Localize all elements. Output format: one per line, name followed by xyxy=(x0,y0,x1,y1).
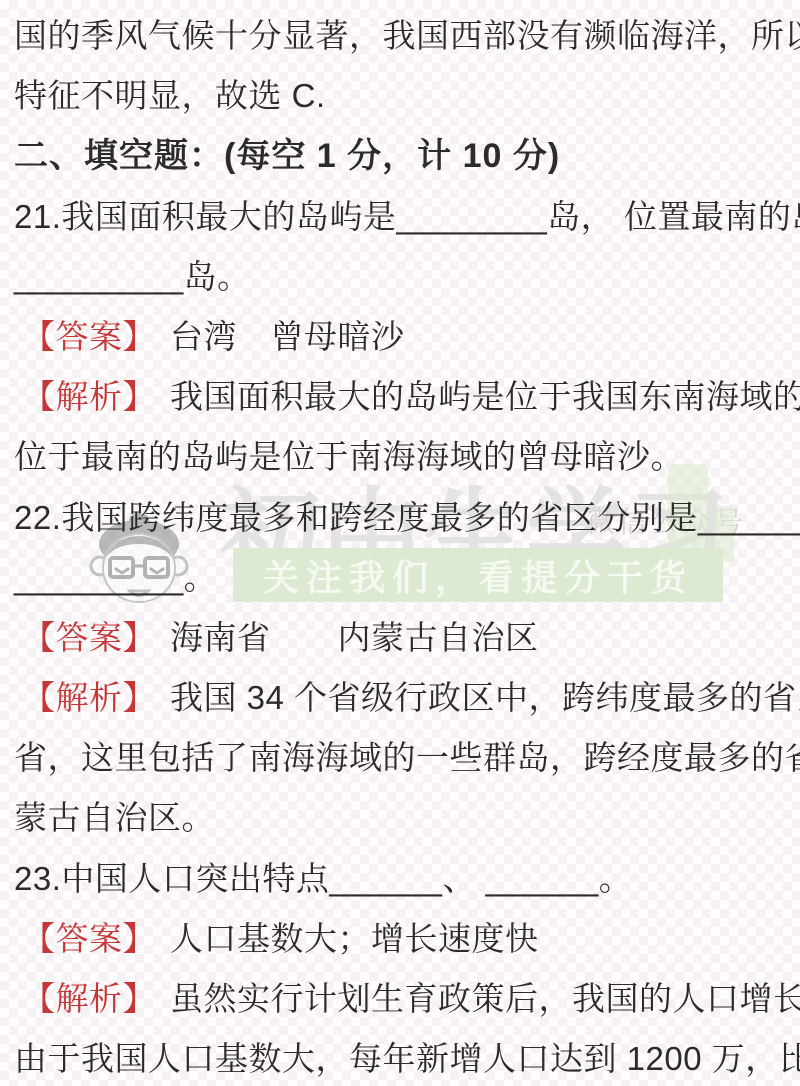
analysis-line: 【解析】虽然实行计划生育政策后，我国的人口增长率低，但 xyxy=(14,969,790,1029)
text-line: 由于我国人口基数大，每年新增人口达到 1200 万，比许多国 xyxy=(14,1029,790,1086)
line-text: 台湾 曾母暗沙 xyxy=(170,318,405,355)
analysis-line: 【解析】我国面积最大的岛屿是位于我国东南海域的台湾岛， xyxy=(14,367,790,427)
analysis-label: 【解析】 xyxy=(22,679,156,716)
answer-label: 【答案】 xyxy=(22,619,156,656)
line-text: 我国 34 个省级行政区中，跨纬度最多的省区是海南 xyxy=(170,679,800,716)
line-text: 省，这里包括了南海海域的一些群岛，跨经度最多的省区是内 xyxy=(14,739,800,776)
text-line: _________岛。 xyxy=(14,247,790,307)
section-heading: 二、填空题：(每空 1 分，计 10 分) xyxy=(14,126,790,186)
answer-line: 【答案】海南省 内蒙古自治区 xyxy=(14,608,790,668)
content: 国的季风气候十分显著，我国西部没有濒临海洋，所以海洋性特征不明显，故选 C.二、… xyxy=(0,0,800,1086)
line-text: 二、填空题：(每空 1 分，计 10 分) xyxy=(14,137,560,175)
line-text: 位于最南的岛屿是位于南海海域的曾母暗沙。 xyxy=(14,438,684,475)
line-text: _________。 xyxy=(14,559,217,596)
analysis-label: 【解析】 xyxy=(22,378,156,415)
answer-line: 【答案】台湾 曾母暗沙 xyxy=(14,307,790,367)
line-text: 国的季风气候十分显著，我国西部没有濒临海洋，所以海洋性 xyxy=(14,17,800,54)
text-line: _________。 xyxy=(14,548,790,608)
line-text: 23.中国人口突出特点______、 ______。 xyxy=(14,860,632,897)
answer-line: 【答案】人口基数大；增长速度快 xyxy=(14,909,790,969)
text-line: 国的季风气候十分显著，我国西部没有濒临海洋，所以海洋性 xyxy=(14,6,790,66)
line-text: 由于我国人口基数大，每年新增人口达到 1200 万，比许多国 xyxy=(14,1040,800,1077)
text-line: 23.中国人口突出特点______、 ______。 xyxy=(14,849,790,909)
answer-label: 【答案】 xyxy=(22,920,156,957)
analysis-label: 【解析】 xyxy=(22,980,156,1017)
text-line: 蒙古自治区。 xyxy=(14,788,790,848)
text-line: 22.我国跨纬度最多和跨经度最多的省区分别是________、 xyxy=(14,488,790,548)
text-line: 特征不明显，故选 C. xyxy=(14,66,790,126)
answer-label: 【答案】 xyxy=(22,318,156,355)
line-text: 虽然实行计划生育政策后，我国的人口增长率低，但 xyxy=(170,980,800,1017)
line-text: 22.我国跨纬度最多和跨经度最多的省区分别是________、 xyxy=(14,499,800,536)
text-line: 位于最南的岛屿是位于南海海域的曾母暗沙。 xyxy=(14,427,790,487)
line-text: _________岛。 xyxy=(14,258,251,295)
line-text: 21.我国面积最大的岛屿是________岛， 位置最南的岛屿是 xyxy=(14,198,800,235)
document-page: 初中生学习 微信公众号 关注我们，看提分干货 国的季风气候十分显著，我国西部没有… xyxy=(0,0,800,1086)
line-text: 人口基数大；增长速度快 xyxy=(170,920,539,957)
line-text: 特征不明显，故选 C. xyxy=(14,77,326,114)
text-line: 21.我国面积最大的岛屿是________岛， 位置最南的岛屿是 xyxy=(14,187,790,247)
line-text: 蒙古自治区。 xyxy=(14,799,215,836)
analysis-line: 【解析】我国 34 个省级行政区中，跨纬度最多的省区是海南 xyxy=(14,668,790,728)
line-text: 我国面积最大的岛屿是位于我国东南海域的台湾岛， xyxy=(170,378,800,415)
line-text: 海南省 内蒙古自治区 xyxy=(170,619,539,656)
text-line: 省，这里包括了南海海域的一些群岛，跨经度最多的省区是内 xyxy=(14,728,790,788)
